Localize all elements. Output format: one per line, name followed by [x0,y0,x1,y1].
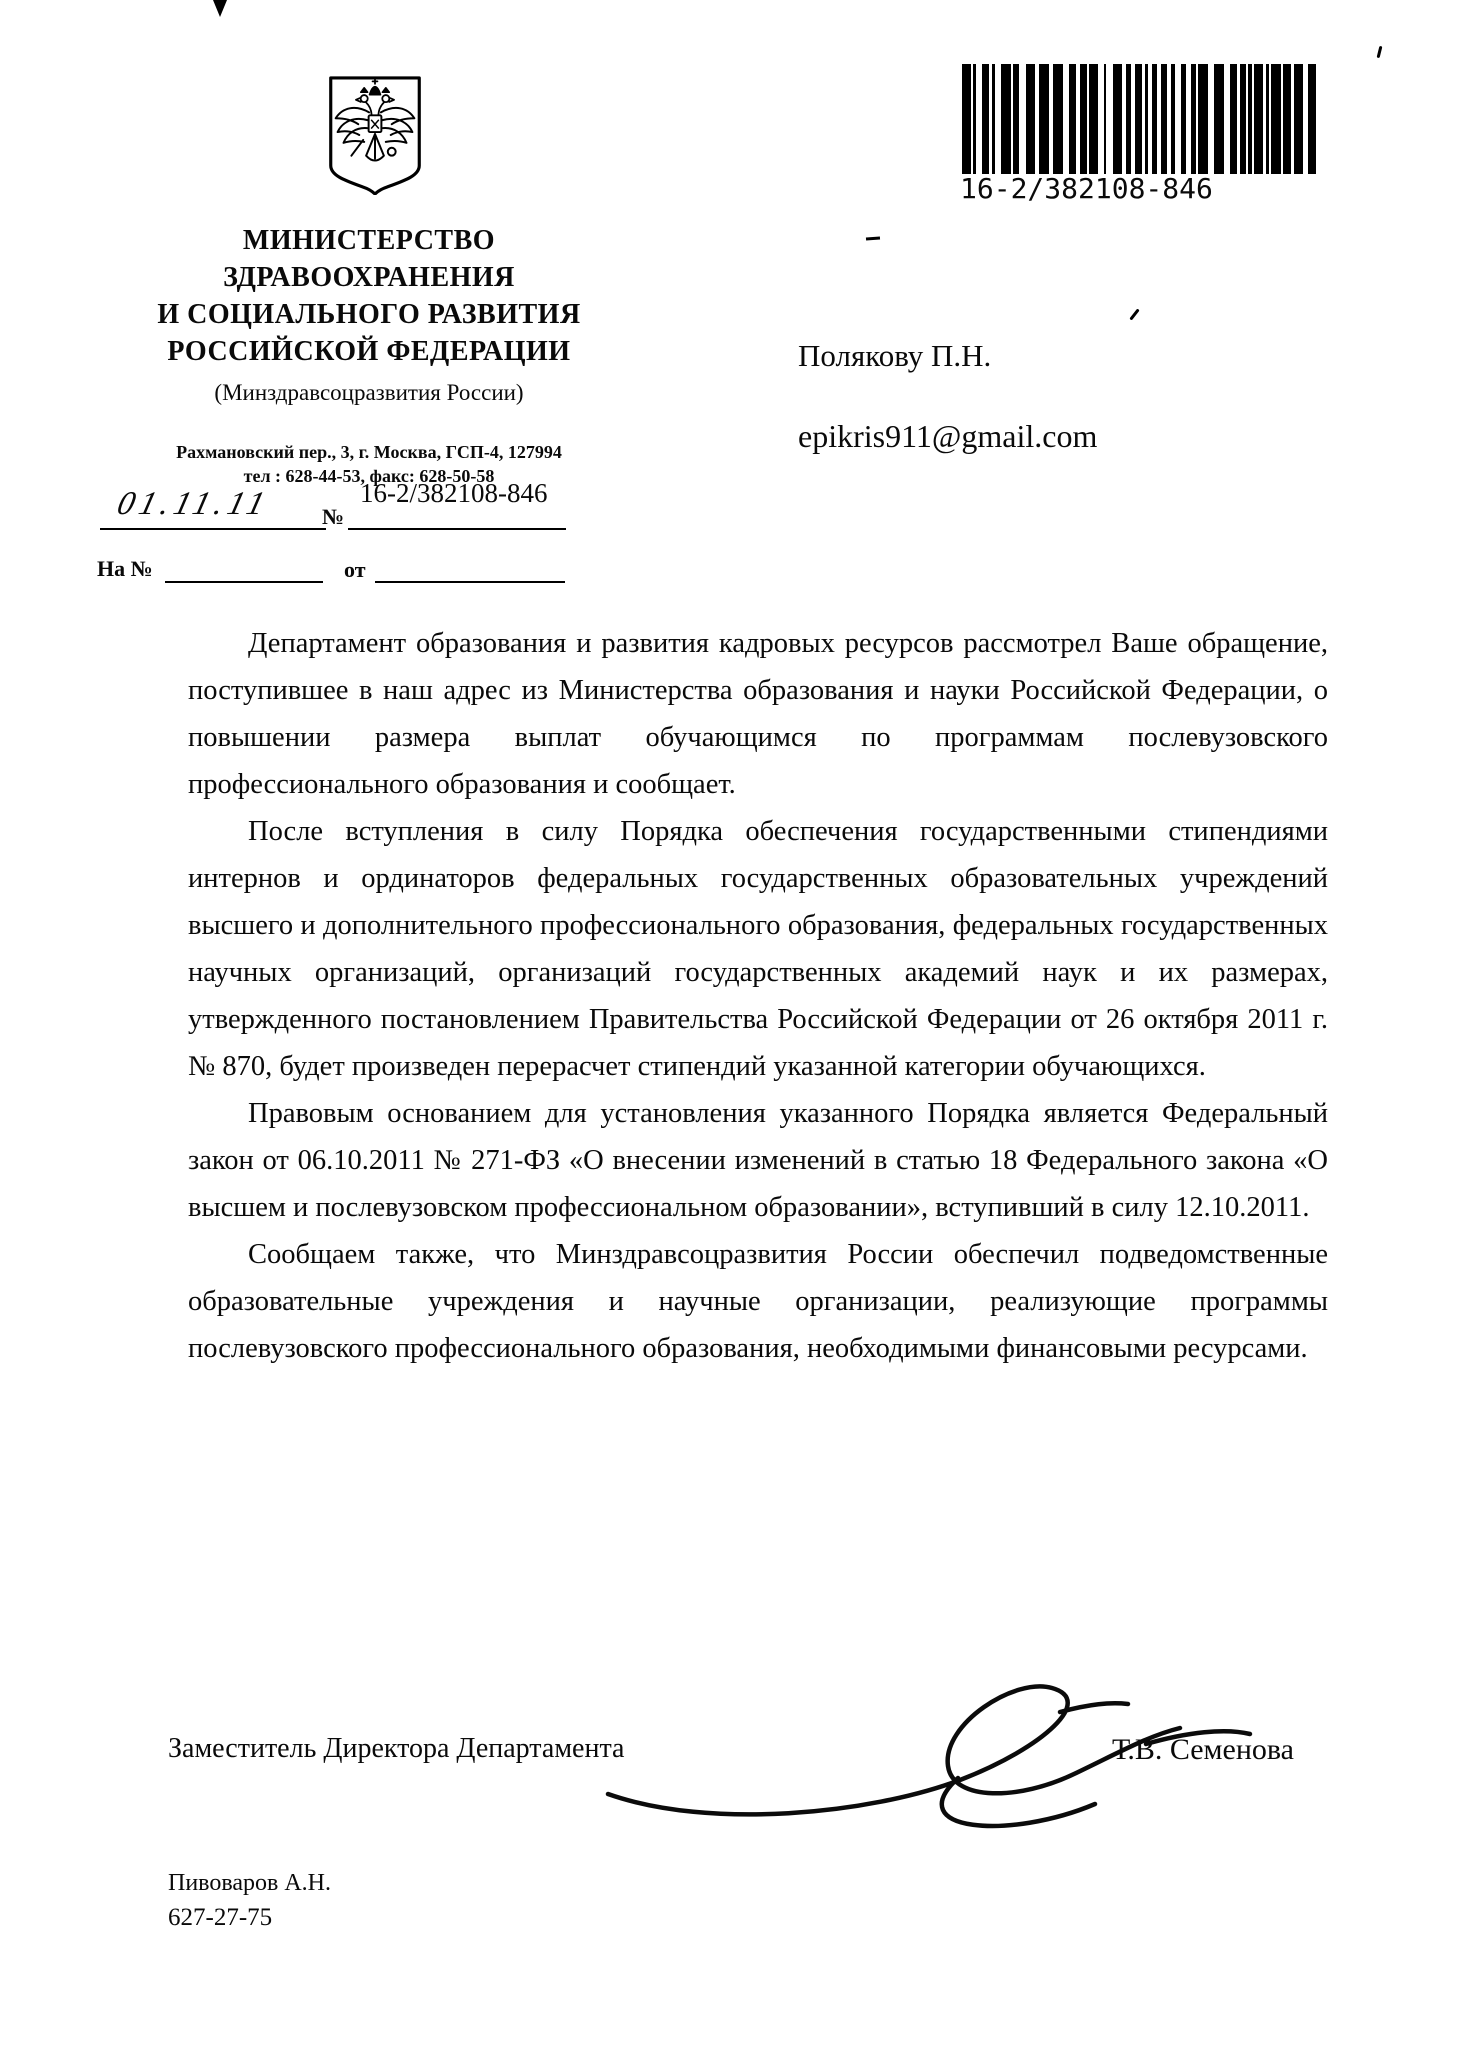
number-sign-label: № [322,504,344,530]
reply-date-underline [375,581,565,583]
paragraph: Департамент образования и развития кадро… [188,620,1328,808]
handwritten-date: 01.11.11 [113,486,273,523]
scan-artifact-dash [866,237,880,241]
letter-body: Департамент образования и развития кадро… [188,620,1328,1372]
outgoing-number: 16-2/382108-846 [360,478,547,509]
barcode [962,64,1320,174]
paragraph: Правовым основанием для установления ука… [188,1090,1328,1231]
recipient-name: Полякову П.Н. [798,338,991,374]
date-underline [100,528,326,530]
reply-to-label: На № [97,556,153,582]
reply-from-label: от [344,557,366,583]
scan-artifact-accent [1129,308,1139,320]
signer-name: Т.В. Семенова [1112,1733,1294,1767]
ministry-name-line: И СОЦИАЛЬНОГО РАЗВИТИЯ [88,296,650,333]
number-underline [348,528,566,530]
paragraph: Сообщаем также, что Минздравсоцразвития … [188,1231,1328,1372]
coat-of-arms-icon [325,75,425,195]
ministry-name-line: МИНИСТЕРСТВО [88,222,650,259]
ministry-address: Рахмановский пер., 3, г. Москва, ГСП-4, … [88,442,650,463]
ministry-name-line: ЗДРАВООХРАНЕНИЯ [88,259,650,296]
recipient-email: epikris911@gmail.com [798,418,1097,455]
signer-title: Заместитель Директора Департамента [168,1733,624,1765]
letterhead: МИНИСТЕРСТВО ЗДРАВООХРАНЕНИЯ И СОЦИАЛЬНО… [88,222,650,487]
ministry-name-line: РОССИЙСКОЙ ФЕДЕРАЦИИ [88,333,650,370]
executor-phone: 627-27-75 [168,1904,272,1932]
scanned-letter-page: МИНИСТЕРСТВО ЗДРАВООХРАНЕНИЯ И СОЦИАЛЬНО… [0,0,1459,2048]
barcode-label: 16-2/382108-846 [960,172,1280,205]
scan-artifact-triangle [213,0,227,17]
scan-artifact-tick [1377,46,1383,58]
paragraph: После вступления в силу Порядка обеспече… [188,808,1328,1090]
executor-name: Пивоваров А.Н. [168,1870,331,1897]
ministry-short-name: (Минздравсоцразвития России) [88,380,650,406]
reply-number-underline [165,581,323,583]
